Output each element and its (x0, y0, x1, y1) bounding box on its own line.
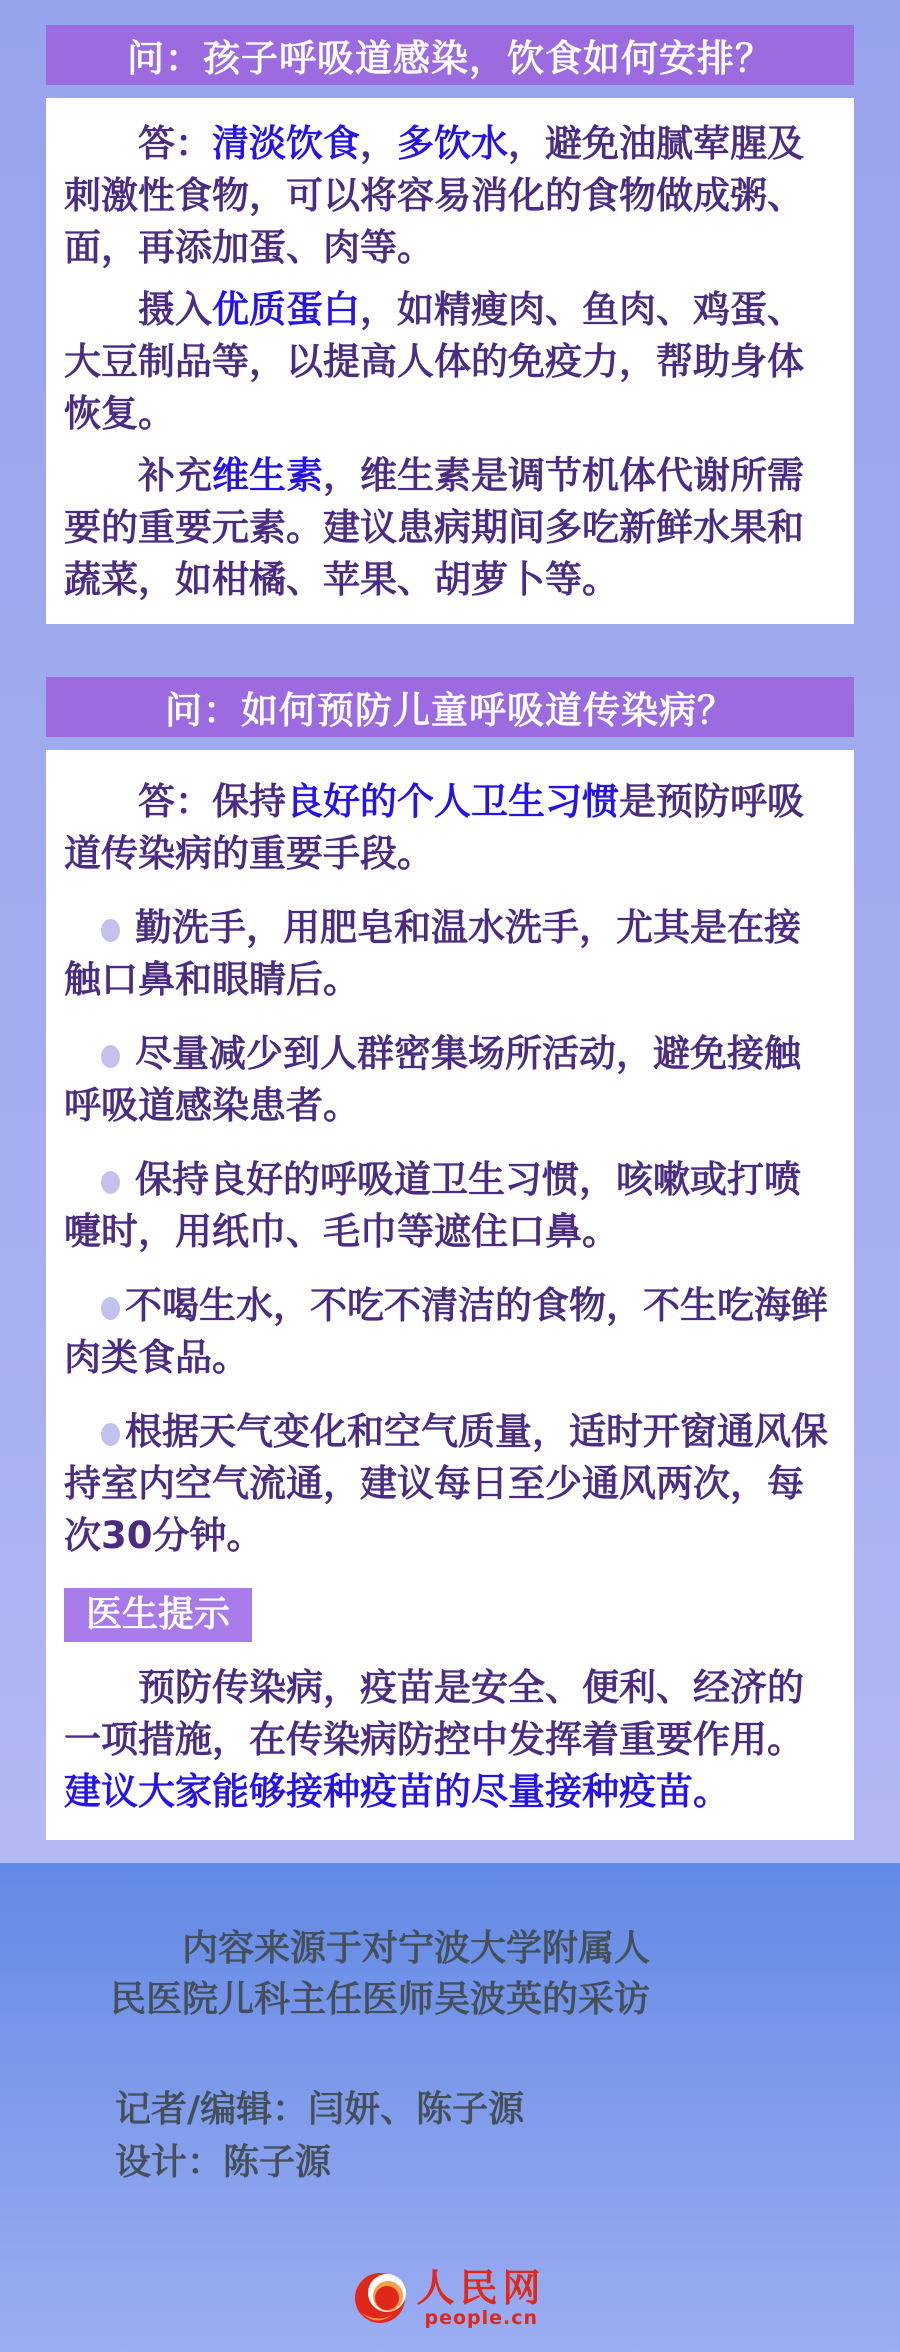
doctor-tip-badge: 医生提示 (64, 1588, 252, 1642)
answer-paragraph: 答：保持良好的个人卫生习惯是预防呼吸道传染病的重要手段。 (64, 776, 836, 880)
bullet-dot-icon (101, 1297, 120, 1320)
bullet-text: 勤洗手，用肥皂和温水洗手，尤其是在接触口鼻和眼睛后。 (64, 906, 801, 1001)
text-segment-dark: 摄入 (138, 288, 212, 331)
question-text-2: 问：如何预防儿童呼吸道传染病？ (165, 680, 735, 734)
designer-credit: 设计：陈子源 (115, 2136, 900, 2189)
answer-paragraph: 补充维生素，维生素是调节机体代谢所需要的重要元素。建议患病期间多吃新鲜水果和蔬菜… (64, 450, 836, 606)
bullet-list: 勤洗手，用肥皂和温水洗手，尤其是在接触口鼻和眼睛后。尽量减少到人群密集场所活动，… (64, 902, 836, 1562)
text-segment-blue: 清淡饮食 (212, 122, 360, 165)
bullet-dot-icon (101, 919, 120, 942)
people-cn-logo: 人民网 people.cn (0, 2269, 900, 2328)
text-segment-blue: 优质蛋白 (212, 288, 360, 331)
bullet-item: 根据天气变化和空气质量，适时开窗通风保持室内空气流通，建议每日至少通风两次，每次… (64, 1406, 836, 1562)
infographic-page: 问：孩子呼吸道感染，饮食如何安排？ 答：清淡饮食，多饮水，避免油腻荤腥及刺激性食… (0, 0, 900, 2352)
answer-card-2: 答：保持良好的个人卫生习惯是预防呼吸道传染病的重要手段。 勤洗手，用肥皂和温水洗… (46, 750, 854, 1840)
answer-card-1: 答：清淡饮食，多饮水，避免油腻荤腥及刺激性食物，可以将容易消化的食物做成粥、面，… (46, 98, 854, 624)
reporter-credit: 记者/编辑：闫妍、陈子源 (115, 2083, 900, 2136)
logo-text: 人民网 people.cn (416, 2269, 545, 2328)
bullet-text: 不喝生水，不吃不清洁的食物，不生吃海鲜肉类食品。 (64, 1284, 828, 1379)
text-segment-dark: ， (360, 122, 397, 165)
text-segment-dark: 答： (138, 122, 212, 165)
text-segment-blue: 维生素 (212, 454, 323, 497)
source-attribution: 内容来源于对宁波大学附属人民医院儿科主任医师吴波英的采访 (110, 1923, 670, 2025)
bullet-text: 尽量减少到人群密集场所活动，避免接触呼吸道感染患者。 (64, 1032, 801, 1127)
bullet-dot-icon (101, 1171, 120, 1194)
logo-title: 人民网 (416, 2269, 545, 2307)
bullet-text: 根据天气变化和空气质量，适时开窗通风保持室内空气流通，建议每日至少通风两次，每次… (64, 1410, 828, 1557)
text-segment-blue: 多饮水 (397, 122, 508, 165)
bullet-dot-icon (101, 1045, 120, 1068)
bullet-item: 保持良好的呼吸道卫生习惯，咳嗽或打喷嚏时，用纸巾、毛巾等遮住口鼻。 (64, 1154, 836, 1258)
footer: 内容来源于对宁波大学附属人民医院儿科主任医师吴波英的采访 记者/编辑：闫妍、陈子… (0, 1863, 900, 2352)
people-cn-globe-icon (354, 2269, 408, 2325)
answer-paragraph: 答：清淡饮食，多饮水，避免油腻荤腥及刺激性食物，可以将容易消化的食物做成粥、面，… (64, 118, 836, 274)
bullet-item: 不喝生水，不吃不清洁的食物，不生吃海鲜肉类食品。 (64, 1280, 836, 1384)
logo-domain: people.cn (424, 2308, 538, 2328)
question-bar-2: 问：如何预防儿童呼吸道传染病？ (46, 677, 854, 737)
text-segment-dark: 预防传染病，疫苗是安全、便利、经济的一项措施，在传染病防控中发挥着重要作用。 (64, 1666, 804, 1761)
text-segment-dark: 答：保持 (138, 780, 286, 823)
text-segment-dark: 补充 (138, 454, 212, 497)
main-content: 问：孩子呼吸道感染，饮食如何安排？ 答：清淡饮食，多饮水，避免油腻荤腥及刺激性食… (0, 0, 900, 1863)
answer-paragraph: 摄入优质蛋白，如精瘦肉、鱼肉、鸡蛋、大豆制品等，以提高人体的免疫力，帮助身体恢复… (64, 284, 836, 440)
question-text-1: 问：孩子呼吸道感染，饮食如何安排？ (127, 28, 773, 82)
bullet-text: 保持良好的呼吸道卫生习惯，咳嗽或打喷嚏时，用纸巾、毛巾等遮住口鼻。 (64, 1158, 801, 1253)
doctor-tip-paragraph: 预防传染病，疫苗是安全、便利、经济的一项措施，在传染病防控中发挥着重要作用。建议… (64, 1662, 836, 1818)
question-bar-1: 问：孩子呼吸道感染，饮食如何安排？ (46, 25, 854, 85)
bullet-item: 勤洗手，用肥皂和温水洗手，尤其是在接触口鼻和眼睛后。 (64, 902, 836, 1006)
credits: 记者/编辑：闫妍、陈子源 设计：陈子源 (115, 2083, 900, 2189)
text-segment-blue: 良好的个人卫生习惯 (286, 780, 619, 823)
text-segment-blue: 建议大家能够接种疫苗的尽量接种疫苗。 (64, 1770, 730, 1813)
bullet-item: 尽量减少到人群密集场所活动，避免接触呼吸道感染患者。 (64, 1028, 836, 1132)
bullet-dot-icon (101, 1423, 120, 1446)
